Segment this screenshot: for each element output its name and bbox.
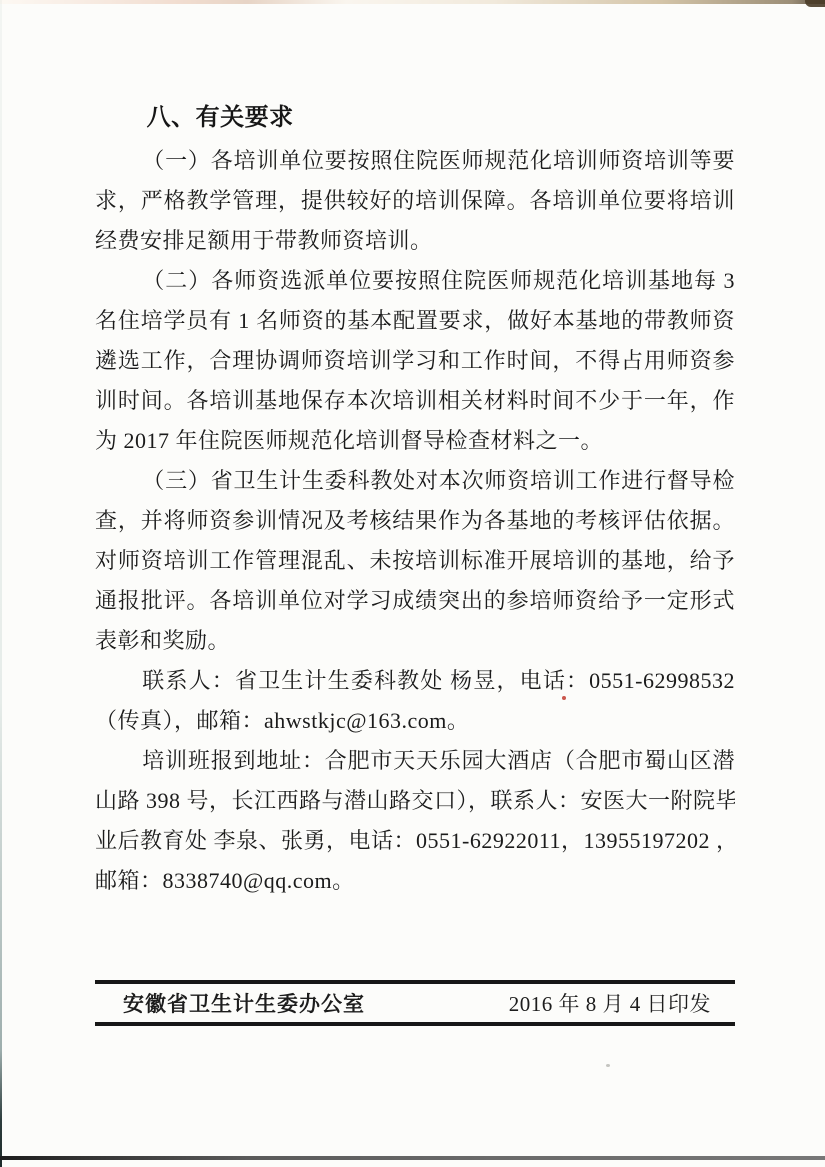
paragraph-1: （一）各培训单位要按照住院医师规范化培训师资培训等要 求，严格教学管理，提供较好…: [95, 141, 735, 261]
text-line: 名住培学员有 1 名师资的基本配置要求，做好本基地的带教师资: [95, 301, 735, 341]
text-line: 经费安排足额用于带教师资培训。: [95, 221, 735, 261]
text-line: 培训班报到地址：合肥市天天乐园大酒店（合肥市蜀山区潜: [95, 741, 735, 781]
text-line: 通报批评。各培训单位对学习成绩突出的参培师资给予一定形式: [95, 581, 735, 621]
text-line: 求，严格教学管理，提供较好的培训保障。各培训单位要将培训: [95, 181, 735, 221]
text-line: 遴选工作，合理协调师资培训学习和工作时间，不得占用师资参: [95, 341, 735, 381]
scan-corner-top-right-artifact: [805, 0, 825, 7]
print-date: 2016 年 8 月 4 日印发: [509, 988, 711, 1018]
gray-speck-artifact: [606, 1064, 610, 1067]
scan-edge-bottom-artifact: [0, 1156, 825, 1160]
text-line: 表彰和奖励。: [95, 621, 735, 661]
scan-edge-left-artifact: [0, 0, 2, 1167]
document-body: 八、有关要求 （一）各培训单位要按照住院医师规范化培训师资培训等要 求，严格教学…: [95, 99, 735, 901]
text-line: 对师资培训工作管理混乱、未按培训标准开展培训的基地，给予: [95, 541, 735, 581]
text-line: 业后教育处 李泉、张勇，电话：0551-62922011，13955197202…: [95, 821, 735, 861]
text-line: 训时间。各培训基地保存本次培训相关材料时间不少于一年，作: [95, 381, 735, 421]
scanned-document-page: 八、有关要求 （一）各培训单位要按照住院医师规范化培训师资培训等要 求，严格教学…: [0, 0, 825, 1167]
scan-edge-top-artifact: [0, 0, 825, 4]
text-line: （一）各培训单位要按照住院医师规范化培训师资培训等要: [95, 141, 735, 181]
footer-colophon: 安徽省卫生计生委办公室 2016 年 8 月 4 日印发: [95, 980, 735, 1026]
paragraph-3: （三）省卫生计生委科教处对本次师资培训工作进行督导检 查，并将师资参训情况及考核…: [95, 461, 735, 661]
text-line: 为 2017 年住院医师规范化培训督导检查材料之一。: [95, 421, 735, 461]
text-line: 查，并将师资参训情况及考核结果作为各基地的考核评估依据。: [95, 501, 735, 541]
paragraph-contact: 联系人：省卫生计生委科教处 杨昱，电话：0551-62998532 （传真），邮…: [95, 661, 735, 741]
text-line: （传真），邮箱：ahwstkjc@163.com。: [95, 701, 735, 741]
paragraph-venue: 培训班报到地址：合肥市天天乐园大酒店（合肥市蜀山区潜 山路 398 号，长江西路…: [95, 741, 735, 901]
text-line: 山路 398 号，长江西路与潜山路交口），联系人：安医大一附院毕: [95, 781, 735, 821]
text-line: （三）省卫生计生委科教处对本次师资培训工作进行督导检: [95, 461, 735, 501]
issuing-office: 安徽省卫生计生委办公室: [123, 988, 365, 1018]
text-line: 联系人：省卫生计生委科教处 杨昱，电话：0551-62998532: [95, 661, 735, 701]
section-heading: 八、有关要求: [95, 99, 735, 137]
text-line: （二）各师资选派单位要按照住院医师规范化培训基地每 3: [95, 261, 735, 301]
paragraph-2: （二）各师资选派单位要按照住院医师规范化培训基地每 3 名住培学员有 1 名师资…: [95, 261, 735, 461]
text-line: 邮箱：8338740@qq.com。: [95, 861, 735, 901]
